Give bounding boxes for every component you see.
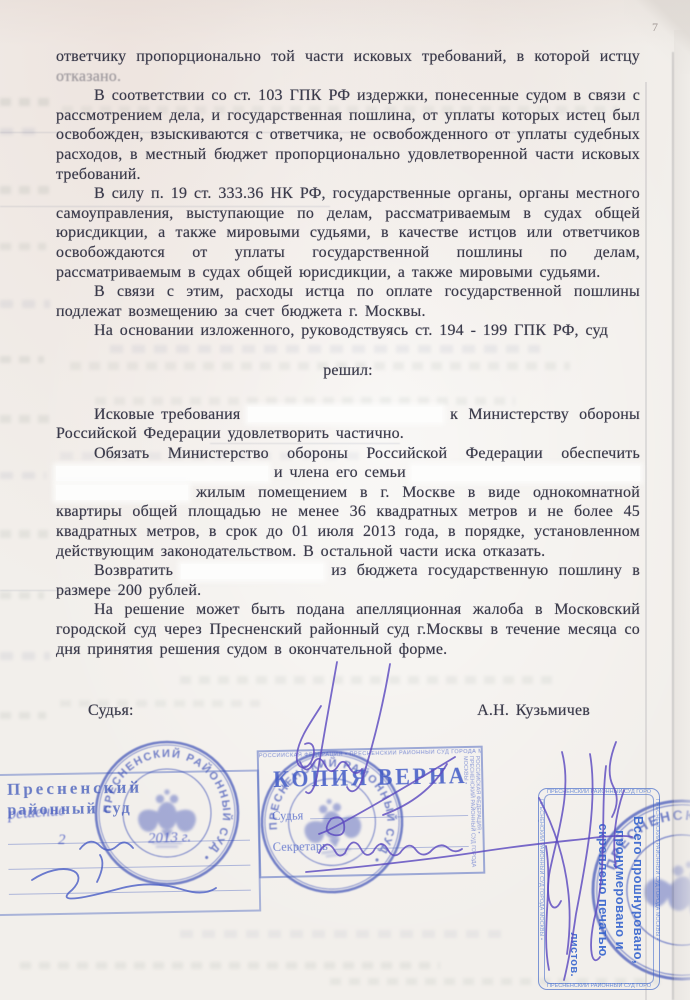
bleed-through-artifact	[0, 530, 48, 538]
paper-fold-line	[645, 82, 647, 1000]
page-corner-curl	[624, 0, 690, 74]
bleed-through-artifact	[0, 98, 50, 106]
redaction-box	[56, 485, 188, 500]
decision-refund-amount: размере 200 рублей.	[56, 581, 640, 601]
bleed-through-artifact	[0, 712, 46, 719]
bleed-through-artifact	[0, 186, 52, 194]
binding-stamp-text: Всего прошнуровано, пронумеровано и скре…	[539, 789, 661, 991]
paragraph-costs-end: отказано.	[56, 67, 640, 87]
scanned-court-decision-page: ответчику пропорционально той части иско…	[0, 0, 690, 1000]
decision-housing-line: жилым помещением в г. Москве в виде одно…	[56, 483, 640, 503]
decision-refund-right: из бюджета государственную пошлину в	[331, 561, 640, 581]
paragraph-costs-continuation: ответчику пропорционально той части иско…	[56, 47, 640, 67]
bleed-through-artifact	[20, 962, 440, 969]
decision-family-text: и члена его семьи	[274, 463, 406, 483]
decision-line-2: Российской Федерации удовлетворить части…	[56, 424, 640, 444]
resolution-heading: решил:	[56, 361, 640, 381]
bleed-through-artifact	[0, 415, 50, 423]
decision-claims-left: Исковые требования	[56, 405, 240, 425]
bleed-through-artifact	[0, 472, 46, 479]
binding-sheets-label: листов.	[565, 789, 583, 991]
redaction-box	[248, 407, 442, 422]
binding-line-3: скреплено печатью	[595, 789, 613, 991]
stamp-write-line	[310, 803, 468, 819]
document-text: ответчику пропорционально той части иско…	[56, 47, 640, 721]
paragraph-appeal: На решение может быть подана апелляционн…	[56, 600, 640, 659]
copy-stamp-judge-row: Судья	[272, 803, 468, 824]
page-number: 7	[652, 20, 658, 35]
decision-family-line: и члена его семьи	[56, 463, 640, 483]
redaction-box	[181, 564, 323, 579]
copy-stamp-judge-label: Судья	[272, 808, 304, 824]
decision-housing-text: жилым помещением в г. Москве в виде одно…	[196, 483, 640, 503]
bleed-through-artifact	[180, 930, 510, 938]
bleed-through-artifact	[0, 356, 44, 363]
binding-stamp: ПРЕСНЕНСКИЙ РАЙОННЫЙ СУД ГОРОДА МОСКВЫ •…	[538, 788, 660, 990]
copy-verna-stamp: РОССИЙСКАЯ ФЕДЕРАЦИЯ • ПРЕСНЕНСКИЙ РАЙОН…	[257, 746, 486, 879]
binding-line-2: пронумеровано и	[612, 789, 630, 991]
bleed-through-artifact	[0, 300, 50, 308]
decision-oblige-line: Обязать Министерство обороны Российской …	[56, 444, 640, 464]
paragraph-budget: В связи с этим, расходы истца по оплате …	[56, 282, 640, 321]
copy-stamp-title: КОПИЯ ВЕРНА	[265, 763, 476, 793]
paragraph-art-333: В силу п. 19 ст. 333.36 НК РФ, государст…	[56, 184, 640, 282]
paper-edge-band	[674, 30, 690, 1000]
copy-stamp-secretary-label: Секретарь	[273, 839, 328, 855]
copy-stamp-border-text: РОССИЙСКАЯ ФЕДЕРАЦИЯ • ПРЕСНЕНСКИЙ РАЙОН…	[259, 749, 481, 760]
paragraph-basis: На основании изложенного, руководствуясь…	[56, 321, 640, 341]
judge-name: А.Н. Кузьмичев	[477, 701, 590, 721]
copy-stamp-secretary-row: Секретарь	[273, 834, 469, 855]
decision-refund-line: Возвратить из бюджета государственную по…	[56, 561, 640, 581]
handwritten-day: 2	[58, 832, 66, 849]
round-court-seal: ПРЕСНЕНСКИЙ РАЙОННЫЙ СУД •	[92, 738, 242, 888]
paragraph-art-103: В соответствии со ст. 103 ГПК РФ издержк…	[56, 86, 640, 184]
decision-refund-left: Возвратить	[56, 561, 173, 581]
judge-label: Судья:	[88, 701, 134, 721]
signature-row: Судья: А.Н. Кузьмичев	[56, 701, 640, 721]
bleed-through-artifact	[0, 592, 44, 599]
redaction-box	[56, 466, 268, 481]
bleed-through-artifact	[0, 652, 50, 660]
decision-claims-right: к Министерству обороны	[450, 405, 640, 425]
bleed-through-artifact	[0, 243, 46, 250]
handwritten-year: 2013 г.	[148, 829, 192, 847]
decision-line-1: Исковые требования к Министерству оборон…	[56, 405, 640, 425]
decision-apartment-text: квартиры общей площадью не менее 36 квад…	[56, 502, 640, 561]
stamp-write-line	[335, 834, 469, 850]
redaction-box	[412, 466, 640, 481]
